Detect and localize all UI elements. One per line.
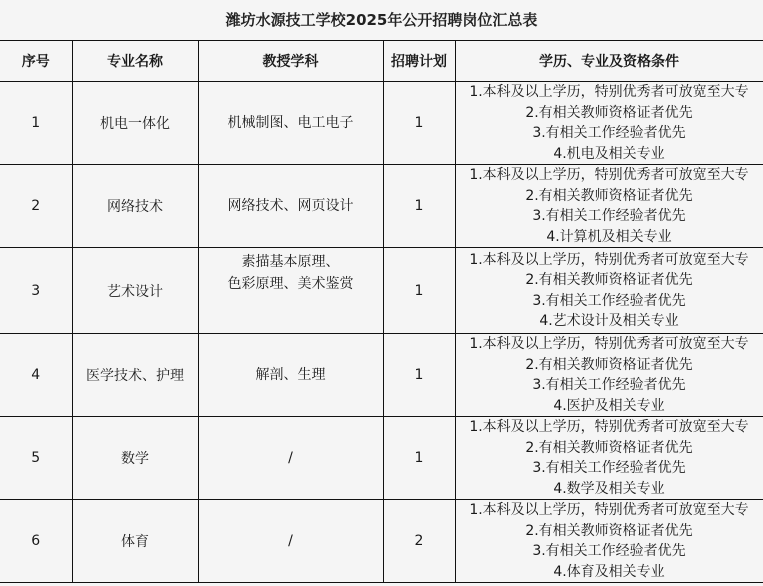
subject-line: 网络技术、网页设计 xyxy=(199,195,383,217)
cell-plan: 2 xyxy=(383,500,455,583)
subject-line: 机械制图、电工电子 xyxy=(199,112,383,134)
subject-line: 解剖、生理 xyxy=(199,364,383,386)
cell-major: 医学技术、护理 xyxy=(72,334,198,417)
cell-subjects: 解剖、生理 xyxy=(198,334,383,417)
table-row: 5数学/11.本科及以上学历，特别优秀者可放宽至大专2.有相关教师资格证者优先3… xyxy=(0,417,763,500)
condition-line: 2.有相关教师资格证者优先 xyxy=(456,438,763,459)
cell-conditions: 1.本科及以上学历，特别优秀者可放宽至大专2.有相关教师资格证者优先3.有相关工… xyxy=(455,500,763,583)
header-major: 专业名称 xyxy=(72,41,198,82)
header-subjects: 教授学科 xyxy=(198,41,383,82)
subject-line: / xyxy=(199,447,383,469)
condition-line: 2.有相关教师资格证者优先 xyxy=(456,103,763,124)
table-row: 6体育/21.本科及以上学历，特别优秀者可放宽至大专2.有相关教师资格证者优先3… xyxy=(0,500,763,583)
header-row: 序号 专业名称 教授学科 招聘计划 学历、专业及资格条件 xyxy=(0,41,763,82)
condition-line: 4.体育及相关专业 xyxy=(456,562,763,583)
cell-major: 机电一体化 xyxy=(72,82,198,165)
subject-line: 素描基本原理、 xyxy=(199,251,383,273)
cell-no: 3 xyxy=(0,248,72,334)
cell-major: 艺术设计 xyxy=(72,248,198,334)
condition-line: 2.有相关教师资格证者优先 xyxy=(456,270,763,291)
condition-line: 4.计算机及相关专业 xyxy=(456,227,763,248)
cell-major: 数学 xyxy=(72,417,198,500)
cell-conditions: 1.本科及以上学历，特别优秀者可放宽至大专2.有相关教师资格证者优先3.有相关工… xyxy=(455,165,763,248)
header-plan: 招聘计划 xyxy=(383,41,455,82)
cell-major: 网络技术 xyxy=(72,165,198,248)
cell-plan: 1 xyxy=(383,417,455,500)
cell-conditions: 1.本科及以上学历，特别优秀者可放宽至大专2.有相关教师资格证者优先3.有相关工… xyxy=(455,417,763,500)
header-conditions: 学历、专业及资格条件 xyxy=(455,41,763,82)
condition-line: 3.有相关工作经验者优先 xyxy=(456,123,763,144)
cell-plan: 1 xyxy=(383,334,455,417)
cell-major: 体育 xyxy=(72,500,198,583)
cell-subjects: 网络技术、网页设计 xyxy=(198,165,383,248)
table-row: 2网络技术网络技术、网页设计11.本科及以上学历，特别优秀者可放宽至大专2.有相… xyxy=(0,165,763,248)
recruitment-table: 序号 专业名称 教授学科 招聘计划 学历、专业及资格条件 1机电一体化机械制图、… xyxy=(0,40,763,583)
table-row: 4医学技术、护理解剖、生理11.本科及以上学历，特别优秀者可放宽至大专2.有相关… xyxy=(0,334,763,417)
cell-conditions: 1.本科及以上学历，特别优秀者可放宽至大专2.有相关教师资格证者优先3.有相关工… xyxy=(455,334,763,417)
condition-line: 1.本科及以上学历，特别优秀者可放宽至大专 xyxy=(456,165,763,186)
condition-line: 3.有相关工作经验者优先 xyxy=(456,375,763,396)
document-title: 潍坊水源技工学校2025年公开招聘岗位汇总表 xyxy=(0,0,763,40)
table-row: 1机电一体化机械制图、电工电子11.本科及以上学历，特别优秀者可放宽至大专2.有… xyxy=(0,82,763,165)
condition-line: 4.艺术设计及相关专业 xyxy=(456,311,763,332)
condition-line: 1.本科及以上学历，特别优秀者可放宽至大专 xyxy=(456,250,763,271)
cell-plan: 1 xyxy=(383,82,455,165)
cell-subjects: / xyxy=(198,500,383,583)
cell-subjects: 机械制图、电工电子 xyxy=(198,82,383,165)
cell-no: 4 xyxy=(0,334,72,417)
subject-line: / xyxy=(199,530,383,552)
condition-line: 1.本科及以上学历，特别优秀者可放宽至大专 xyxy=(456,417,763,438)
cell-no: 1 xyxy=(0,82,72,165)
condition-line: 1.本科及以上学历，特别优秀者可放宽至大专 xyxy=(456,500,763,521)
condition-line: 2.有相关教师资格证者优先 xyxy=(456,521,763,542)
table-row: 3艺术设计素描基本原理、色彩原理、美术鉴赏11.本科及以上学历，特别优秀者可放宽… xyxy=(0,248,763,334)
condition-line: 3.有相关工作经验者优先 xyxy=(456,458,763,479)
cell-plan: 1 xyxy=(383,165,455,248)
subject-line: 色彩原理、美术鉴赏 xyxy=(199,273,383,295)
condition-line: 1.本科及以上学历，特别优秀者可放宽至大专 xyxy=(456,334,763,355)
cell-no: 6 xyxy=(0,500,72,583)
cell-conditions: 1.本科及以上学历，特别优秀者可放宽至大专2.有相关教师资格证者优先3.有相关工… xyxy=(455,82,763,165)
cell-subjects: 素描基本原理、色彩原理、美术鉴赏 xyxy=(198,248,383,334)
header-no: 序号 xyxy=(0,41,72,82)
condition-line: 2.有相关教师资格证者优先 xyxy=(456,355,763,376)
cell-no: 5 xyxy=(0,417,72,500)
cell-plan: 1 xyxy=(383,248,455,334)
condition-line: 4.机电及相关专业 xyxy=(456,144,763,165)
condition-line: 3.有相关工作经验者优先 xyxy=(456,206,763,227)
condition-line: 4.数学及相关专业 xyxy=(456,479,763,500)
condition-line: 4.医护及相关专业 xyxy=(456,396,763,417)
cell-no: 2 xyxy=(0,165,72,248)
condition-line: 3.有相关工作经验者优先 xyxy=(456,541,763,562)
cell-subjects: / xyxy=(198,417,383,500)
condition-line: 2.有相关教师资格证者优先 xyxy=(456,186,763,207)
cell-conditions: 1.本科及以上学历，特别优秀者可放宽至大专2.有相关教师资格证者优先3.有相关工… xyxy=(455,248,763,334)
condition-line: 3.有相关工作经验者优先 xyxy=(456,291,763,312)
condition-line: 1.本科及以上学历，特别优秀者可放宽至大专 xyxy=(456,82,763,103)
